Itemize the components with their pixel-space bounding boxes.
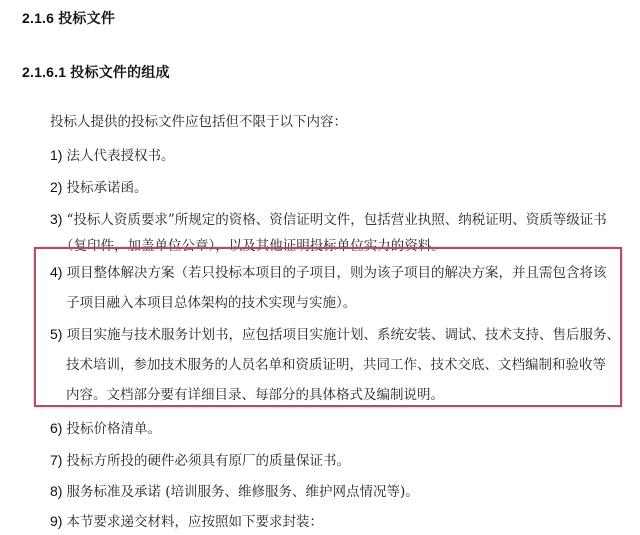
- item-number: 5): [50, 326, 62, 342]
- item-text-continued: 内容。文档部分要有详细目录、每部分的具体格式及编制说明。: [66, 385, 444, 405]
- item-number: 1): [50, 147, 62, 163]
- item-text-continued: 技术培训，参加技术服务的人员名单和资质证明，共同工作、技术交底、文档编制和验收等: [66, 355, 606, 375]
- item-number: 8): [50, 483, 62, 499]
- section-heading: 2.1.6 投标文件: [22, 8, 115, 28]
- item-text: 投标承诺函。: [66, 180, 147, 196]
- item-text: 本节要求递交材料，应按照如下要求封装：: [66, 514, 323, 530]
- item-text: 投标方所投的硬件必须具有原厂的质量保证书。: [66, 453, 350, 469]
- item-number: 9): [50, 513, 62, 529]
- list-item: 4)项目整体解决方案（若只投标本项目的子项目，则为该子项目的解决方案，并且需包含…: [50, 262, 606, 283]
- list-item: 8)服务标准及承诺 (培训服务、维修服务、维护网点情况等)。: [50, 481, 419, 502]
- list-item: 1)法人代表授权书。: [50, 145, 174, 166]
- item-text-continued: 子项目融入本项目总体架构的技术实现与实施）。: [66, 293, 356, 313]
- item-number: 4): [50, 264, 62, 280]
- item-text: 投标价格清单。: [66, 421, 161, 437]
- list-item: 6)投标价格清单。: [50, 418, 161, 439]
- item-text: 项目实施与技术服务计划书，应包括项目实施计划、系统安装、调试、技术支持、售后服务…: [66, 327, 620, 343]
- item-text: 项目整体解决方案（若只投标本项目的子项目，则为该子项目的解决方案，并且需包含将该: [66, 265, 606, 281]
- item-number: 6): [50, 420, 62, 436]
- item-text: “投标人资质要求”所规定的资格、资信证明文件，包括营业执照、纳税证明、资质等级证…: [66, 212, 606, 228]
- list-item: 2)投标承诺函。: [50, 177, 147, 198]
- item-text: 法人代表授权书。: [66, 148, 174, 164]
- subsection-heading: 2.1.6.1 投标文件的组成: [22, 62, 170, 82]
- intro-paragraph: 投标人提供的投标文件应包括但不限于以下内容：: [50, 112, 347, 132]
- item-number: 3): [50, 211, 62, 227]
- item-number: 2): [50, 179, 62, 195]
- item-number: 7): [50, 452, 62, 468]
- list-item: 5)项目实施与技术服务计划书，应包括项目实施计划、系统安装、调试、技术支持、售后…: [50, 324, 620, 345]
- list-item: 7)投标方所投的硬件必须具有原厂的质量保证书。: [50, 450, 350, 471]
- list-item: 9)本节要求递交材料，应按照如下要求封装：: [50, 511, 323, 532]
- list-item: 3)“投标人资质要求”所规定的资格、资信证明文件，包括营业执照、纳税证明、资质等…: [50, 209, 607, 230]
- item-text: 服务标准及承诺 (培训服务、维修服务、维护网点情况等)。: [66, 484, 418, 500]
